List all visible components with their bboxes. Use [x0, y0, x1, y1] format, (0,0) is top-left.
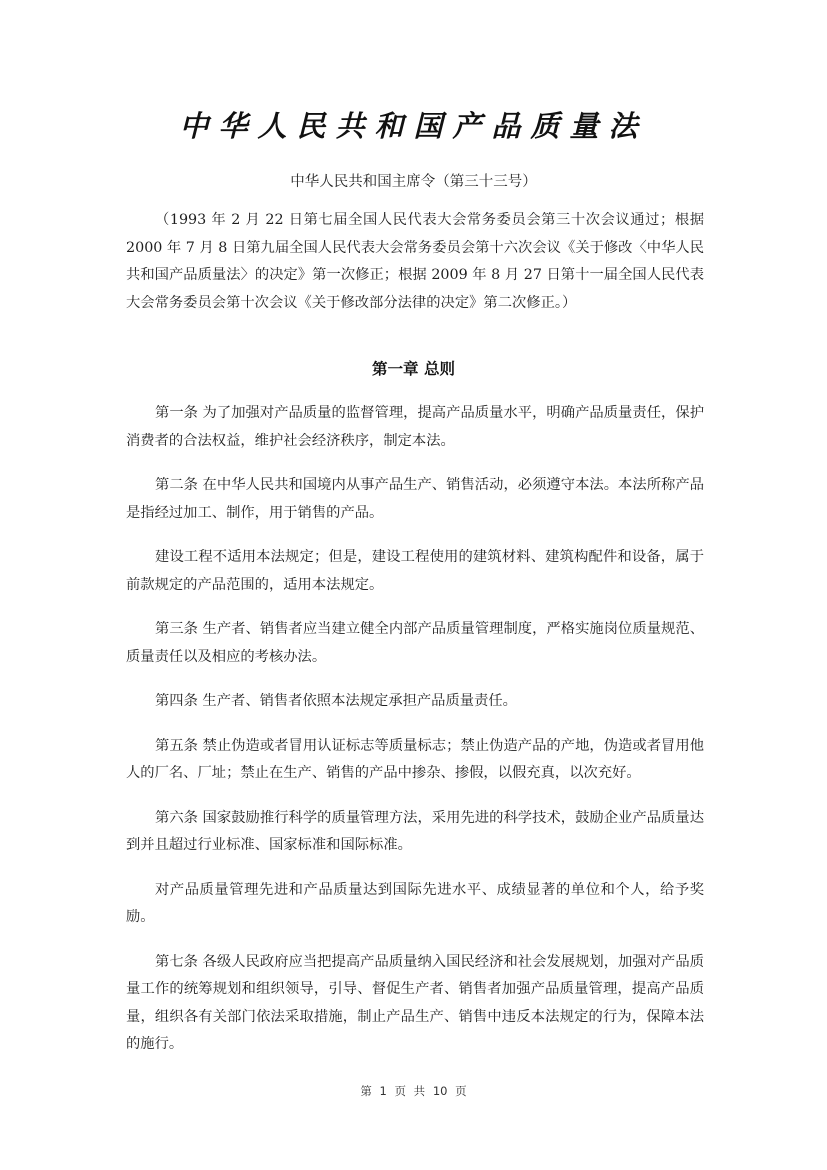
article-4: 第四条 生产者、销售者依照本法规定承担产品质量责任。 [126, 688, 704, 716]
page-number-footer: 第 1 页 共 10 页 [0, 1083, 827, 1099]
article-6-clause-2: 对产品质量管理先进和产品质量达到国际先进水平、成绩显著的单位和个人，给予奖励。 [126, 877, 704, 932]
article-5: 第五条 禁止伪造或者冒用认证标志等质量标志；禁止伪造产品的产地，伪造或者冒用他人… [126, 733, 704, 788]
preamble-block: （1993 年 2 月 22 日第七届全国人民代表大会常务委员会第三十次会议通过… [126, 207, 704, 317]
article-7: 第七条 各级人民政府应当把提高产品质量纳入国民经济和社会发展规划，加强对产品质量… [126, 949, 704, 1059]
preamble-text: （1993 年 2 月 22 日第七届全国人民代表大会常务委员会第三十次会议通过… [126, 207, 704, 317]
article-3: 第三条 生产者、销售者应当建立健全内部产品质量管理制度，严格实施岗位质量规范、质… [126, 616, 704, 671]
articles-block: 第一条 为了加强对产品质量的监督管理，提高产品质量水平，明确产品质量责任，保护消… [126, 400, 704, 1076]
article-1: 第一条 为了加强对产品质量的监督管理，提高产品质量水平，明确产品质量责任，保护消… [126, 400, 704, 455]
document-title: 中华人民共和国产品质量法 [0, 104, 827, 145]
document-page: 中华人民共和国产品质量法 中华人民共和国主席令（第三十三号） （1993 年 2… [0, 0, 827, 1170]
chapter-heading: 第一章 总则 [0, 357, 827, 379]
article-6: 第六条 国家鼓励推行科学的质量管理方法，采用先进的科学技术，鼓励企业产品质量达到… [126, 805, 704, 860]
article-2: 第二条 在中华人民共和国境内从事产品生产、销售活动，必须遵守本法。本法所称产品是… [126, 472, 704, 527]
article-2-clause-2: 建设工程不适用本法规定；但是，建设工程使用的建筑材料、建筑构配件和设备，属于前款… [126, 544, 704, 599]
presidential-order: 中华人民共和国主席令（第三十三号） [0, 170, 827, 191]
